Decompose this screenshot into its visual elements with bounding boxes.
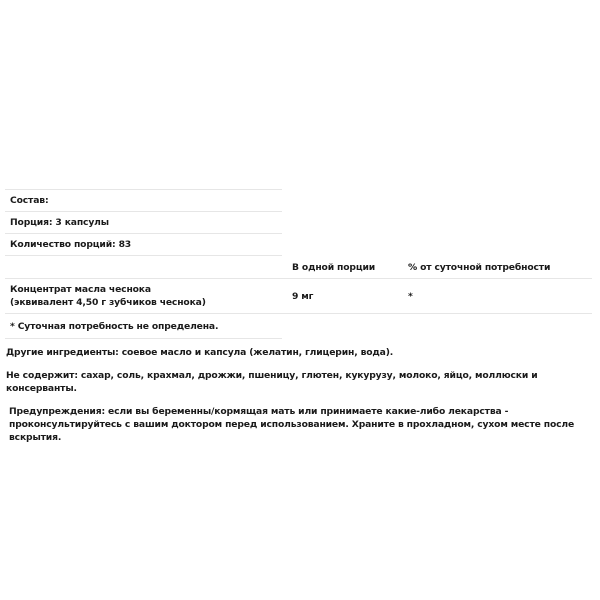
header-daily-value: % от суточной потребности: [403, 256, 592, 279]
table-row: Количество порций: 83: [5, 234, 282, 256]
warnings: Предупреждения: если вы беременны/кормящ…: [5, 405, 595, 444]
does-not-contain: Не содержит: сахар, соль, крахмал, дрожж…: [5, 369, 595, 395]
product-info: Состав: Порция: 3 капсулы Количество пор…: [5, 189, 595, 444]
nutrient-name-line2: (эквивалент 4,50 г зубчиков чеснока): [10, 296, 282, 309]
nutrient-name: Концентрат масла чеснока (эквивалент 4,5…: [5, 279, 287, 314]
nutrient-amount: 9 мг: [287, 279, 403, 314]
nutrient-daily-value: *: [403, 279, 592, 314]
table-row: Концентрат масла чеснока (эквивалент 4,5…: [5, 279, 592, 314]
header-name: [5, 256, 287, 279]
table-row: * Суточная потребность не определена.: [5, 314, 282, 339]
servings-per-container: Количество порций: 83: [5, 234, 282, 256]
other-ingredients: Другие ингредиенты: соевое масло и капсу…: [5, 346, 595, 359]
serving-size: Порция: 3 капсулы: [5, 212, 282, 234]
nutrient-name-line1: Концентрат масла чеснока: [10, 283, 282, 296]
footnote-table: * Суточная потребность не определена.: [5, 314, 282, 339]
nutrient-table: В одной порции % от суточной потребности…: [5, 256, 592, 314]
table-row: Состав:: [5, 190, 282, 212]
table-row: Порция: 3 капсулы: [5, 212, 282, 234]
serving-info-table: Состав: Порция: 3 капсулы Количество пор…: [5, 189, 282, 256]
header-amount: В одной порции: [287, 256, 403, 279]
composition-label: Состав:: [5, 190, 282, 212]
daily-value-footnote: * Суточная потребность не определена.: [5, 314, 282, 339]
nutrient-table-header: В одной порции % от суточной потребности: [5, 256, 592, 279]
